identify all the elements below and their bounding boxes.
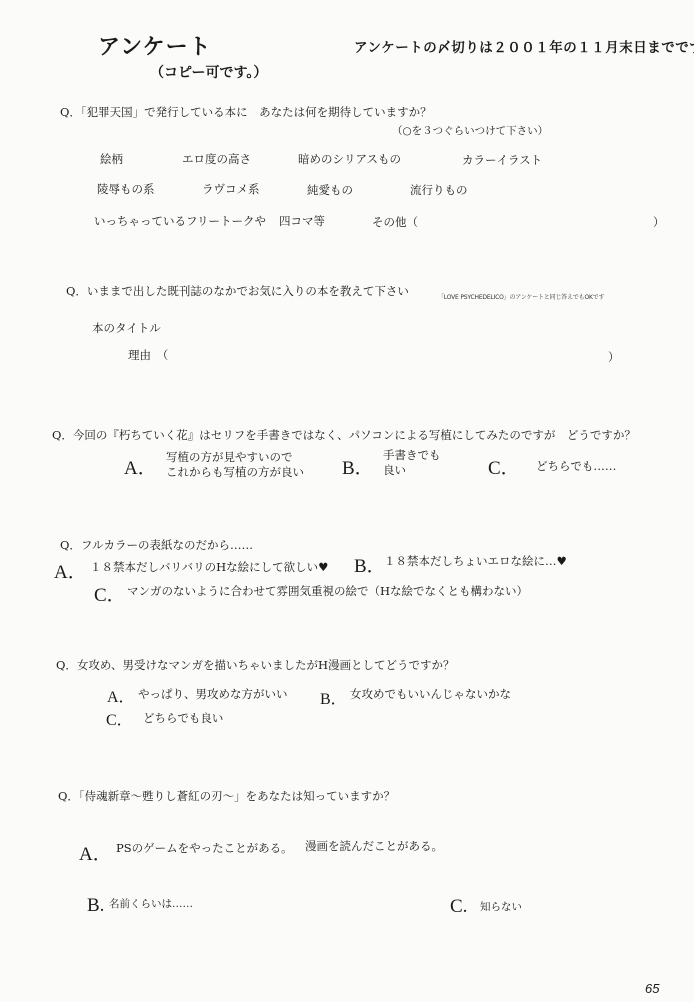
option-art-style[interactable]: 絵柄 <box>100 151 123 167</box>
answer-b-text: １８禁本だしちょいエロな絵に…♥ <box>384 553 567 569</box>
answer-b-letter[interactable]: B. <box>87 895 104 917</box>
answer-b-line1: 手書きでも <box>383 448 441 463</box>
option-junai[interactable]: 純愛もの <box>307 182 353 198</box>
answer-b-line2: 良い <box>383 463 441 478</box>
deadline-notice: アンケートの〆切りは２００１年の１１月末日までです <box>354 36 694 56</box>
option-other[interactable]: その他（ <box>372 214 418 230</box>
reason-close: ） <box>608 349 620 365</box>
answer-a-text: やっぱり、男攻めな方がいい <box>138 686 288 702</box>
answer-c-text: どちらでも良い <box>143 710 223 726</box>
answer-b-text: 女攻めでもいいんじゃないかな <box>350 686 511 702</box>
answer-b-text: 手書きでも 良い <box>383 448 441 478</box>
answer-a-letter[interactable]: A． <box>54 557 87 584</box>
answer-c-letter[interactable]: C． <box>106 707 133 730</box>
answer-a-letter[interactable]: A． <box>79 839 112 866</box>
answer-a-text-manga: 漫画を読んだことがある。 <box>305 838 443 854</box>
page-subtitle: （コピー可です。） <box>150 62 267 82</box>
question-text: Q．「犯罪天国」で発行している本に あなたは何を期待していますか？ <box>60 104 432 120</box>
question-text: Q．フルカラーの表紙なのだから…… <box>60 537 253 553</box>
answer-c-letter[interactable]: C． <box>488 453 520 480</box>
instruction-text: （○を３つぐらいつけて下さい） <box>392 123 548 138</box>
option-free-talk[interactable]: いっちゃっているフリートークや <box>94 213 266 229</box>
answer-c-letter[interactable]: C． <box>94 580 126 607</box>
option-lovecome[interactable]: ラヴコメ系 <box>202 181 260 197</box>
question-text: Q．女攻め、男受けなマンガを描いちゃいましたがH漫画としてどうですか？ <box>56 657 455 673</box>
answer-a-letter[interactable]: A． <box>107 684 135 707</box>
option-ryojoku[interactable]: 陵辱もの系 <box>97 181 155 197</box>
answer-a-line1: 写植の方が見やすいので <box>166 450 304 465</box>
option-erotic-level[interactable]: エロ度の高さ <box>182 151 251 167</box>
question-text: Q．いままで出した既刊誌のなかでお気に入りの本を教えて下さい <box>66 283 409 299</box>
option-yonkoma[interactable]: 四コマ等 <box>279 213 325 229</box>
question-text: Q．「侍魂新章～甦りし蒼紅の刃～」をあなたは知っていますか？ <box>58 788 395 804</box>
answer-b-letter[interactable]: B． <box>320 686 347 709</box>
answer-b-letter[interactable]: B． <box>342 453 374 480</box>
book-title-label: 本のタイトル <box>92 320 161 336</box>
answer-a-text-game: PSのゲームをやったことがある。 <box>116 840 293 856</box>
answer-a-text: 写植の方が見やすいので これからも写植の方が良い <box>166 450 304 480</box>
page-number: 65 <box>645 981 659 996</box>
page-title: アンケート <box>98 30 212 61</box>
answer-a-letter[interactable]: A． <box>124 453 157 480</box>
option-color-illust[interactable]: カラーイラスト <box>462 152 542 168</box>
answer-b-letter[interactable]: B． <box>354 551 386 578</box>
option-trendy[interactable]: 流行りもの <box>410 182 468 198</box>
option-dark-serious[interactable]: 暗めのシリアスもの <box>298 151 401 167</box>
reason-label: 理由 （ <box>128 347 168 363</box>
answer-c-text: 知らない <box>480 899 522 914</box>
answer-b-text: 名前くらいは…… <box>109 896 193 911</box>
answer-c-text: どちらでも…… <box>536 458 616 474</box>
question-text: Q．今回の『朽ちていく花』はセリフを手書きではなく、パソコンによる写植にしてみた… <box>52 427 636 443</box>
handwritten-note: 「LOVE PSYCHEDELICO」のアンケートと同じ答えでもOKです <box>438 292 604 301</box>
answer-a-line2: これからも写植の方が良い <box>166 465 304 480</box>
answer-c-text: マンガのないように合わせて雰囲気重視の絵で（Hな絵でなくとも構わない） <box>127 583 528 599</box>
answer-a-text: １８禁本だしバリバリのHな絵にして欲しい♥ <box>90 559 329 575</box>
option-other-close: ） <box>653 214 665 230</box>
answer-c-letter[interactable]: C. <box>450 896 467 918</box>
